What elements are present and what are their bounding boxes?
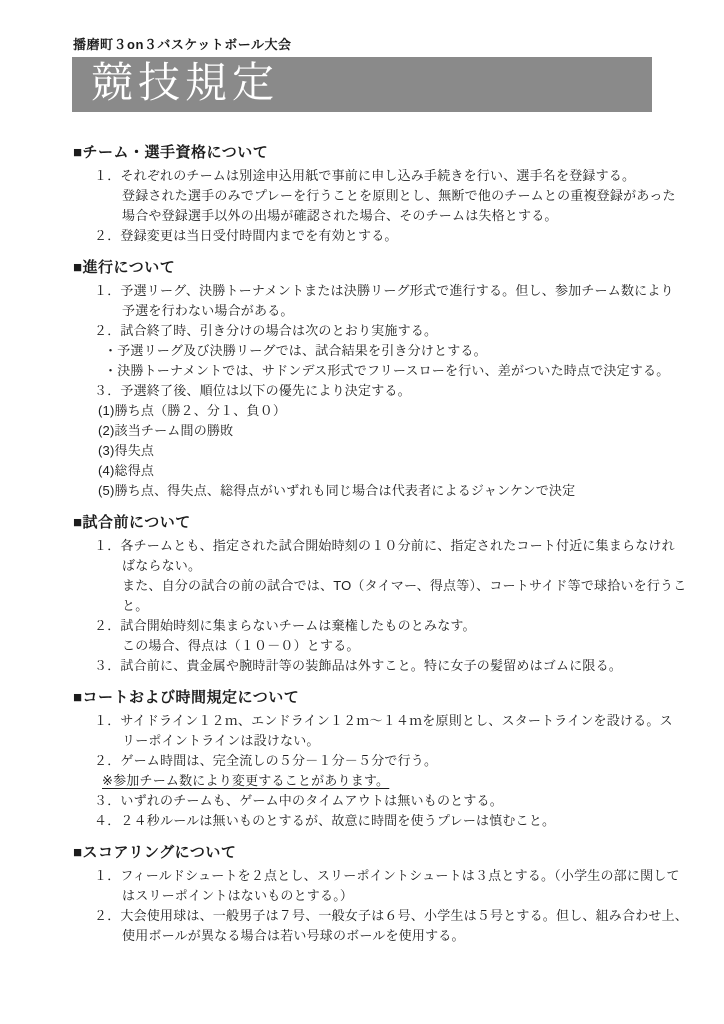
rule-line: 登録された選手のみでプレーを行うことを原則とし、無断で他のチームとの重複登録があ… — [72, 186, 679, 206]
rules-section: ■試合前について１．各チームとも、指定された試合開始時刻の１０分前に、指定された… — [72, 513, 679, 676]
rule-line: ※参加チーム数により変更することがあります。 — [72, 771, 679, 791]
rule-line: ２．大会使用球は、一般男子は７号、一般女子は６号、小学生は５号とする。但し、組み… — [72, 906, 679, 926]
rule-line: と。 — [72, 596, 679, 616]
page-title: 競技規定 — [91, 62, 279, 107]
rule-line: この場合、得点は（１０－０）とする。 — [72, 636, 679, 656]
rules-section: ■進行について１．予選リーグ、決勝トーナメントまたは決勝リーグ形式で進行する。但… — [72, 258, 679, 501]
rule-line: (5)勝ち点、得失点、総得点がいずれも同じ場合は代表者によるジャンケンで決定 — [72, 481, 679, 501]
rule-line: リーポイントラインは設けない。 — [72, 731, 679, 751]
rule-line: 場合や登録選手以外の出場が確認された場合、そのチームは失格とする。 — [72, 206, 679, 226]
rule-line: ２．試合終了時、引き分けの場合は次のとおり実施する。 — [72, 321, 679, 341]
rule-line: また、自分の試合の前の試合では、TO（タイマー、得点等）、コートサイド等で球拾い… — [72, 576, 679, 596]
rule-line: はスリーポイントはないものとする。） — [72, 886, 679, 906]
rule-line: 予選を行わない場合がある。 — [72, 301, 679, 321]
rule-line: ２．登録変更は当日受付時間内までを有効とする。 — [72, 226, 679, 246]
section-heading: ■スコアリングについて — [73, 843, 679, 863]
rule-line: (3)得失点 — [72, 441, 679, 461]
rule-line: ３．予選終了後、順位は以下の優先により決定する。 — [72, 381, 679, 401]
rule-line: ２．ゲーム時間は、完全流しの５分－１分－５分で行う。 — [72, 751, 679, 771]
rules-section: ■チーム・選手資格について１．それぞれのチームは別途申込用紙で事前に申し込み手続… — [72, 143, 679, 246]
rules-section: ■コートおよび時間規定について１．サイドライン１２ｍ、エンドライン１２ｍ～１４ｍ… — [72, 688, 679, 831]
rule-line: ３．試合前に、貴金属や腕時計等の装飾品は外すこと。特に女子の髪留めはゴムに限る。 — [72, 656, 679, 676]
rule-line: ３．いずれのチームも、ゲーム中のタイムアウトは無いものとする。 — [72, 791, 679, 811]
rule-line: 使用ボールが異なる場合は若い号球のボールを使用する。 — [72, 926, 679, 946]
rule-line: ２．試合開始時刻に集まらないチームは棄権したものとみなす。 — [72, 616, 679, 636]
section-heading: ■チーム・選手資格について — [73, 143, 679, 163]
section-heading: ■コートおよび時間規定について — [73, 688, 679, 708]
rule-line: １．それぞれのチームは別途申込用紙で事前に申し込み手続きを行い、選手名を登録する… — [72, 166, 679, 186]
rule-line: １．フィールドシュートを２点とし、スリーポイントシュートは３点とする。（小学生の… — [72, 866, 679, 886]
rules-section: ■スコアリングについて１．フィールドシュートを２点とし、スリーポイントシュートは… — [72, 843, 679, 946]
rule-line: １．各チームとも、指定された試合開始時刻の１０分前に、指定されたコート付近に集ま… — [72, 536, 679, 556]
rule-line: (2)該当チーム間の勝敗 — [72, 421, 679, 441]
rule-line: (1)勝ち点（勝２、分１、負０） — [72, 401, 679, 421]
document-page: 播磨町３on３バスケットボール大会 競技規定 ■チーム・選手資格について１．それ… — [0, 0, 724, 1024]
rule-line: (4)総得点 — [72, 461, 679, 481]
title-banner: 競技規定 — [72, 57, 652, 112]
rule-line: ・予選リーグ及び決勝リーグでは、試合結果を引き分けとする。 — [72, 341, 679, 361]
section-heading: ■試合前について — [73, 513, 679, 533]
rules-content: ■チーム・選手資格について１．それぞれのチームは別途申込用紙で事前に申し込み手続… — [72, 143, 679, 946]
event-title: 播磨町３on３バスケットボール大会 — [73, 34, 679, 53]
rule-line: １．予選リーグ、決勝トーナメントまたは決勝リーグ形式で進行する。但し、参加チーム… — [72, 281, 679, 301]
rule-line: ・決勝トーナメントでは、サドンデス形式でフリースローを行い、差がついた時点で決定… — [72, 361, 679, 381]
rule-line: １．サイドライン１２ｍ、エンドライン１２ｍ～１４ｍを原則とし、スタートラインを設… — [72, 711, 679, 731]
rule-line: ばならない。 — [72, 556, 679, 576]
section-heading: ■進行について — [73, 258, 679, 278]
rule-line: ４．２４秒ルールは無いものとするが、故意に時間を使うプレーは慎むこと。 — [72, 811, 679, 831]
